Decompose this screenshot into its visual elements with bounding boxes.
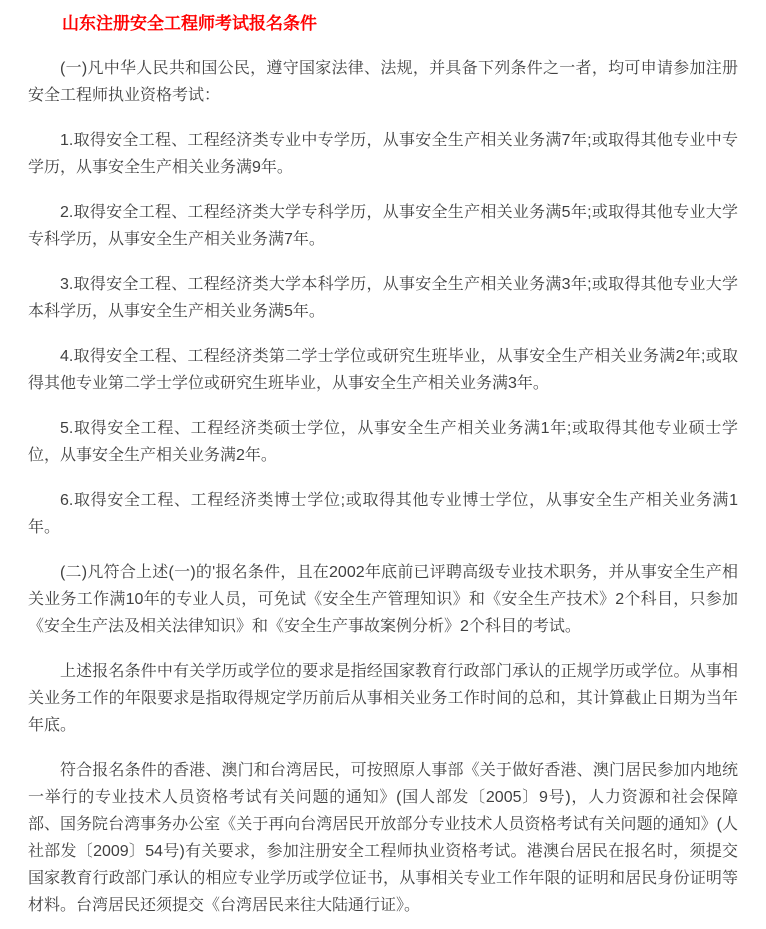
paragraph-condition-2: 2.取得安全工程、工程经济类大学专科学历，从事安全生产相关业务满5年;或取得其他… [28, 199, 738, 253]
paragraph-eligibility-intro: (一)凡中华人民共和国公民，遵守国家法律、法规，并具备下列条件之一者，均可申请参… [28, 55, 738, 109]
paragraph-condition-3: 3.取得安全工程、工程经济类大学本科学历，从事安全生产相关业务满3年;或取得其他… [28, 271, 738, 325]
paragraph-condition-6: 6.取得安全工程、工程经济类博士学位;或取得其他专业博士学位，从事安全生产相关业… [28, 487, 738, 541]
paragraph-condition-1: 1.取得安全工程、工程经济类专业中专学历，从事安全生产相关业务满7年;或取得其他… [28, 127, 738, 181]
paragraph-degree-requirement-note: 上述报名条件中有关学历或学位的要求是指经国家教育行政部门承认的正规学历或学位。从… [28, 658, 738, 739]
paragraph-hk-macau-taiwan-residents: 符合报名条件的香港、澳门和台湾居民，可按照原人事部《关于做好香港、澳门居民参加内… [28, 757, 738, 919]
paragraph-exemption-rule: (二)凡符合上述(一)的'报名条件，且在2002年底前已评聘高级专业技术职务，并… [28, 559, 738, 640]
paragraph-condition-4: 4.取得安全工程、工程经济类第二学士学位或研究生班毕业，从事安全生产相关业务满2… [28, 343, 738, 397]
page-title: 山东注册安全工程师考试报名条件 [28, 10, 738, 37]
article-body: 山东注册安全工程师考试报名条件 (一)凡中华人民共和国公民，遵守国家法律、法规，… [0, 0, 766, 929]
paragraph-condition-5: 5.取得安全工程、工程经济类硕士学位，从事安全生产相关业务满1年;或取得其他专业… [28, 415, 738, 469]
